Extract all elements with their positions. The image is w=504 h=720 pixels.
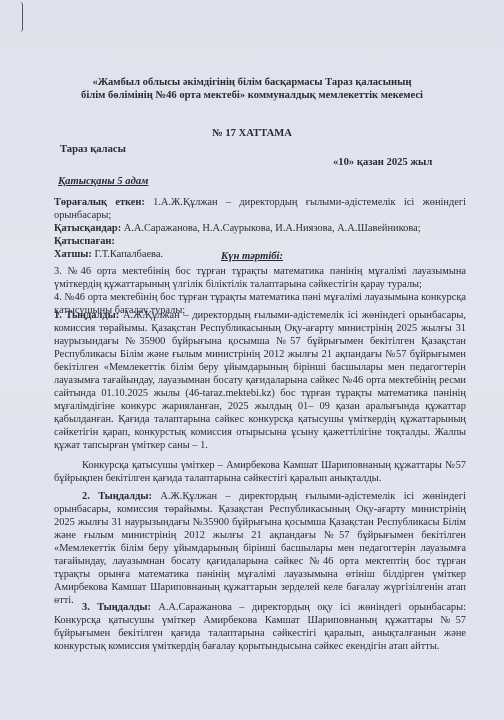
binder-mark [20, 2, 23, 32]
city: Тараз қаласы [60, 144, 126, 155]
section-2: 2. Тыңдалды: А.Ж.Құлжан – директордың ғы… [54, 490, 466, 607]
chair-label: Төрағалық еткен: [54, 197, 145, 208]
participants-line: Қатысқандар: А.А.Саражанова, Н.А.Саурыко… [54, 222, 466, 235]
absent-line: Қатыспаған: [54, 235, 466, 248]
date: «10» қазан 2025 жыл [333, 157, 432, 168]
section-1: 1. Тыңдалды: А.Ж.Құлжан – директордың ғы… [54, 309, 466, 452]
section-label: 3. Тыңдалды: [82, 602, 151, 613]
section-text: А.Ж.Құлжан – директордың ғылыми-әдістеме… [54, 491, 466, 606]
section-text: Конкурсқа қатысушы үміткер – Амирбекова … [54, 459, 466, 485]
section-label: 1. Тыңдалды: [54, 310, 119, 321]
document-page: «Жамбыл облысы әкімдігінің білім басқарм… [0, 0, 504, 720]
header-line-1: «Жамбыл облысы әкімдігінің білім басқарм… [0, 76, 504, 89]
chair-line: Төрағалық еткен: 1.А.Ж.Құлжан – директор… [54, 196, 466, 222]
agenda-item: 3. №46 орта мектебінің бос тұрған тұрақт… [54, 265, 466, 291]
participants-text: А.А.Саражанова, Н.А.Саурыкова, И.А.Ниязо… [121, 223, 420, 234]
section-text: А.Ж.Құлжан – директордың ғылыми-әдістеме… [54, 310, 466, 451]
document-header: «Жамбыл облысы әкімдігінің білім басқарм… [0, 76, 504, 102]
section-3: 3. Тыңдалды: А.А.Саражанова – директорды… [54, 601, 466, 653]
participants-label: Қатысқандар: [54, 223, 121, 234]
agenda-title: Күн тәртібі: [0, 251, 504, 262]
section-1-result: Конкурсқа қатысушы үміткер – Амирбекова … [54, 459, 466, 485]
protocol-title: № 17 ХАТТАМА [0, 128, 504, 139]
header-line-2: білім бөлімінің №46 орта мектебі» коммун… [0, 89, 504, 102]
absent-label: Қатыспаған: [54, 236, 115, 247]
attended-count: Қатысқаны 5 адам [58, 176, 148, 187]
section-label: 2. Тыңдалды: [82, 491, 152, 502]
